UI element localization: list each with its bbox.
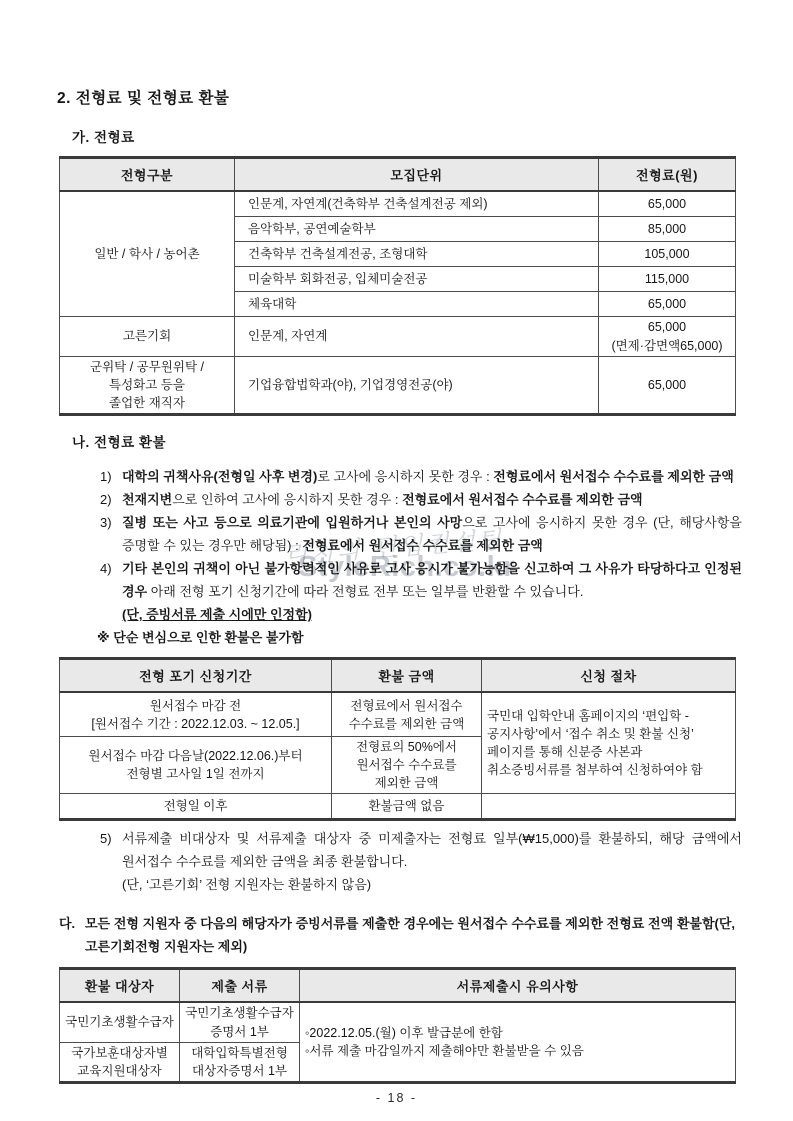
section-c-text: 모든 전형 지원자 중 다음의 해당자가 증빙서류를 제출한 경우에는 원서접수… — [85, 912, 735, 958]
table-row: 국민기초생활수급자 국민기초생활수급자 증명서 1부 ◦2022.12.05.(… — [60, 1002, 736, 1042]
section-a-heading: 가. 전형료 — [72, 126, 736, 146]
list-item-number: 5) — [100, 827, 122, 896]
refund-period-cell: 전형일 이후 — [60, 794, 332, 820]
fee-amount-cell: 65,000 — [599, 191, 736, 217]
fee-table-header-fee: 전형료(원) — [599, 158, 736, 192]
refund-procedure-cell: 국민대 입학안내 홈페이지의 ‘편입학 - 공지사항’에서 ‘접수 취소 및 환… — [482, 692, 736, 793]
fee-unit-cell: 기업융합법학과(야), 기업경영전공(야) — [235, 357, 599, 415]
table-row: 일반 / 학사 / 농어촌 인문계, 자연계(건축학부 건축설계전공 제외) 6… — [60, 191, 736, 217]
list-item-text: 서류제출 비대상자 및 서류제출 대상자 중 미제출자는 전형료 일부(₩15,… — [122, 827, 742, 896]
list-item-text: 대학의 귀책사유(전형일 사후 변경)로 고사에 응시하지 못한 경우 : 전형… — [122, 465, 742, 488]
fee-table-header-category: 전형구분 — [60, 158, 235, 192]
document-page: 2. 전형료 및 전형료 환불 가. 전형료 전형구분 모집단위 전형료(원) … — [0, 0, 793, 1121]
list-item: 4) 기타 본인의 귀책이 아닌 불가항력적인 사유로 고사 응시가 불가능함을… — [100, 557, 742, 626]
refund-amount-cell: 환불금액 없음 — [332, 794, 482, 820]
text-segment: 서류제출 비대상자 및 서류제출 대상자 중 미제출자는 전형료 일부(₩15,… — [122, 831, 742, 869]
text-segment: (단, ‘고른기회’ 전형 지원자는 환불하지 않음) — [122, 873, 742, 896]
fee-group-general-label: 일반 / 학사 / 농어촌 — [60, 191, 235, 317]
table-row: 전형일 이후 환불금액 없음 — [60, 794, 736, 820]
fee-unit-cell: 음악학부, 공연예술학부 — [235, 217, 599, 242]
section-c-heading: 다. 모든 전형 지원자 중 다음의 해당자가 증빙서류를 제출한 경우에는 원… — [59, 912, 735, 958]
fee-unit-cell: 미술학부 회화전공, 입체미술전공 — [235, 267, 599, 292]
refund-target-cell: 국민기초생활수급자 — [60, 1002, 180, 1042]
list-item-text: 기타 본인의 귀책이 아닌 불가항력적인 사유로 고사 응시가 불가능함을 신고… — [122, 557, 742, 626]
text-segment: 전형료에서 원서접수 수수료를 제외한 금액 — [493, 469, 734, 484]
list-item-number: 4) — [100, 557, 122, 626]
text-segment: 대학의 귀책사유(전형일 사후 변경) — [122, 469, 317, 484]
fee-amount-cell: 65,000 — [599, 357, 736, 415]
page-content: 2. 전형료 및 전형료 환불 가. 전형료 전형구분 모집단위 전형료(원) … — [0, 0, 793, 1084]
fee-table-header-row: 전형구분 모집단위 전형료(원) — [60, 158, 736, 192]
fee-unit-cell: 건축학부 건축설계전공, 조형대학 — [235, 242, 599, 267]
refund-amount-cell: 전형료에서 원서접수 수수료를 제외한 금액 — [332, 692, 482, 736]
fee-group-military-label: 군위탁 / 공무원위탁 / 특성화고 등을 졸업한 재직자 — [60, 357, 235, 415]
no-refund-note: ※ 단순 변심으로 인한 환불은 불가함 — [97, 626, 736, 649]
fee-table: 전형구분 모집단위 전형료(원) 일반 / 학사 / 농어촌 인문계, 자연계(… — [59, 156, 736, 416]
text-segment: 으로 인하여 고사에 응시하지 못한 경우 : — [172, 492, 402, 507]
text-segment: 로 고사에 응시하지 못한 경우 : — [317, 469, 493, 484]
fee-amount-cell: 115,000 — [599, 267, 736, 292]
section-b-heading: 나. 전형료 환불 — [72, 431, 736, 451]
refund-schedule-table: 전형 포기 신청기간 환불 금액 신청 절차 원서접수 마감 전 [원서접수 기… — [59, 657, 736, 821]
page-number: - 18 - — [0, 1091, 793, 1105]
document-table-header-target: 환불 대상자 — [60, 969, 180, 1003]
page-title: 2. 전형료 및 전형료 환불 — [57, 86, 736, 108]
fee-table-header-unit: 모집단위 — [235, 158, 599, 192]
refund-period-cell: 원서접수 마감 다음날(2022.12.06.)부터 전형별 고사일 1일 전까… — [60, 736, 332, 793]
list-item-number: 1) — [100, 465, 122, 488]
refund-table-header-row: 전형 포기 신청기간 환불 금액 신청 절차 — [60, 659, 736, 693]
document-table-header-notes: 서류제출시 유의사항 — [300, 969, 736, 1003]
refund-target-cell: 국가보훈대상자별 교육지원대상자 — [60, 1042, 180, 1082]
table-row: 군위탁 / 공무원위탁 / 특성화고 등을 졸업한 재직자 기업융합법학과(야)… — [60, 357, 736, 415]
table-row: 원서접수 마감 전 [원서접수 기간 : 2022.12.03. ~ 12.05… — [60, 692, 736, 736]
list-item-text: 천재지변으로 인하여 고사에 응시하지 못한 경우 : 전형료에서 원서접수 수… — [122, 488, 742, 511]
list-item: 5) 서류제출 비대상자 및 서류제출 대상자 중 미제출자는 전형료 일부(₩… — [100, 827, 742, 896]
text-segment: 아래 전형 포기 신청기간에 따라 전형료 전부 또는 일부를 반환할 수 있습… — [147, 584, 583, 599]
refund-table-header-period: 전형 포기 신청기간 — [60, 659, 332, 693]
text-segment: 전형료에서 원서접수 수수료를 제외한 금액 — [302, 538, 543, 553]
text-segment: 천재지변 — [122, 492, 172, 507]
list-item-text: 질병 또는 사고 등으로 의료기관에 입원하거나 본인의 사망으로 고사에 응시… — [122, 511, 742, 557]
submission-notes-cell: ◦2022.12.05.(월) 이후 발급분에 한함 ◦서류 제출 마감일까지 … — [300, 1002, 736, 1082]
refund-table-header-procedure: 신청 절차 — [482, 659, 736, 693]
empty-cell — [482, 794, 736, 820]
table-row: 고른기회 인문계, 자연계 65,000 (면제·감면액65,000) — [60, 317, 736, 357]
text-segment: 전형료에서 원서접수 수수료를 제외한 금액 — [402, 492, 643, 507]
fee-amount-cell: 65,000 — [599, 292, 736, 317]
fee-unit-cell: 인문계, 자연계(건축학부 건축설계전공 제외) — [235, 191, 599, 217]
list-item-number: 2) — [100, 488, 122, 511]
fee-unit-cell: 인문계, 자연계 — [235, 317, 599, 357]
required-doc-cell: 국민기초생활수급자 증명서 1부 — [180, 1002, 300, 1042]
list-item: 1) 대학의 귀책사유(전형일 사후 변경)로 고사에 응시하지 못한 경우 :… — [100, 465, 742, 488]
refund-amount-cell: 전형료의 50%에서 원서접수 수수료를 제외한 금액 — [332, 736, 482, 793]
refund-conditions-list: 1) 대학의 귀책사유(전형일 사후 변경)로 고사에 응시하지 못한 경우 :… — [57, 465, 736, 649]
refund-table-header-amount: 환불 금액 — [332, 659, 482, 693]
required-doc-cell: 대학입학특별전형 대상자증명서 1부 — [180, 1042, 300, 1082]
fee-group-equal-opportunity-label: 고른기회 — [60, 317, 235, 357]
fee-unit-cell: 체육대학 — [235, 292, 599, 317]
list-item-number: 3) — [100, 511, 122, 557]
list-item: 3) 질병 또는 사고 등으로 의료기관에 입원하거나 본인의 사망으로 고사에… — [100, 511, 742, 557]
refund-period-cell: 원서접수 마감 전 [원서접수 기간 : 2022.12.03. ~ 12.05… — [60, 692, 332, 736]
text-segment-underlined: (단, 증빙서류 제출 시에만 인정함) — [122, 603, 742, 626]
fee-amount-cell: 65,000 (면제·감면액65,000) — [599, 317, 736, 357]
document-table-header-doc: 제출 서류 — [180, 969, 300, 1003]
document-table-header-row: 환불 대상자 제출 서류 서류제출시 유의사항 — [60, 969, 736, 1003]
fee-amount-cell: 85,000 — [599, 217, 736, 242]
section-c-label: 다. — [59, 912, 85, 958]
document-submission-table: 환불 대상자 제출 서류 서류제출시 유의사항 국민기초생활수급자 국민기초생활… — [59, 967, 736, 1084]
list-item: 2) 천재지변으로 인하여 고사에 응시하지 못한 경우 : 전형료에서 원서접… — [100, 488, 742, 511]
text-segment: 질병 또는 사고 등으로 의료기관에 입원하거나 본인의 사망 — [122, 515, 462, 530]
fee-amount-cell: 105,000 — [599, 242, 736, 267]
